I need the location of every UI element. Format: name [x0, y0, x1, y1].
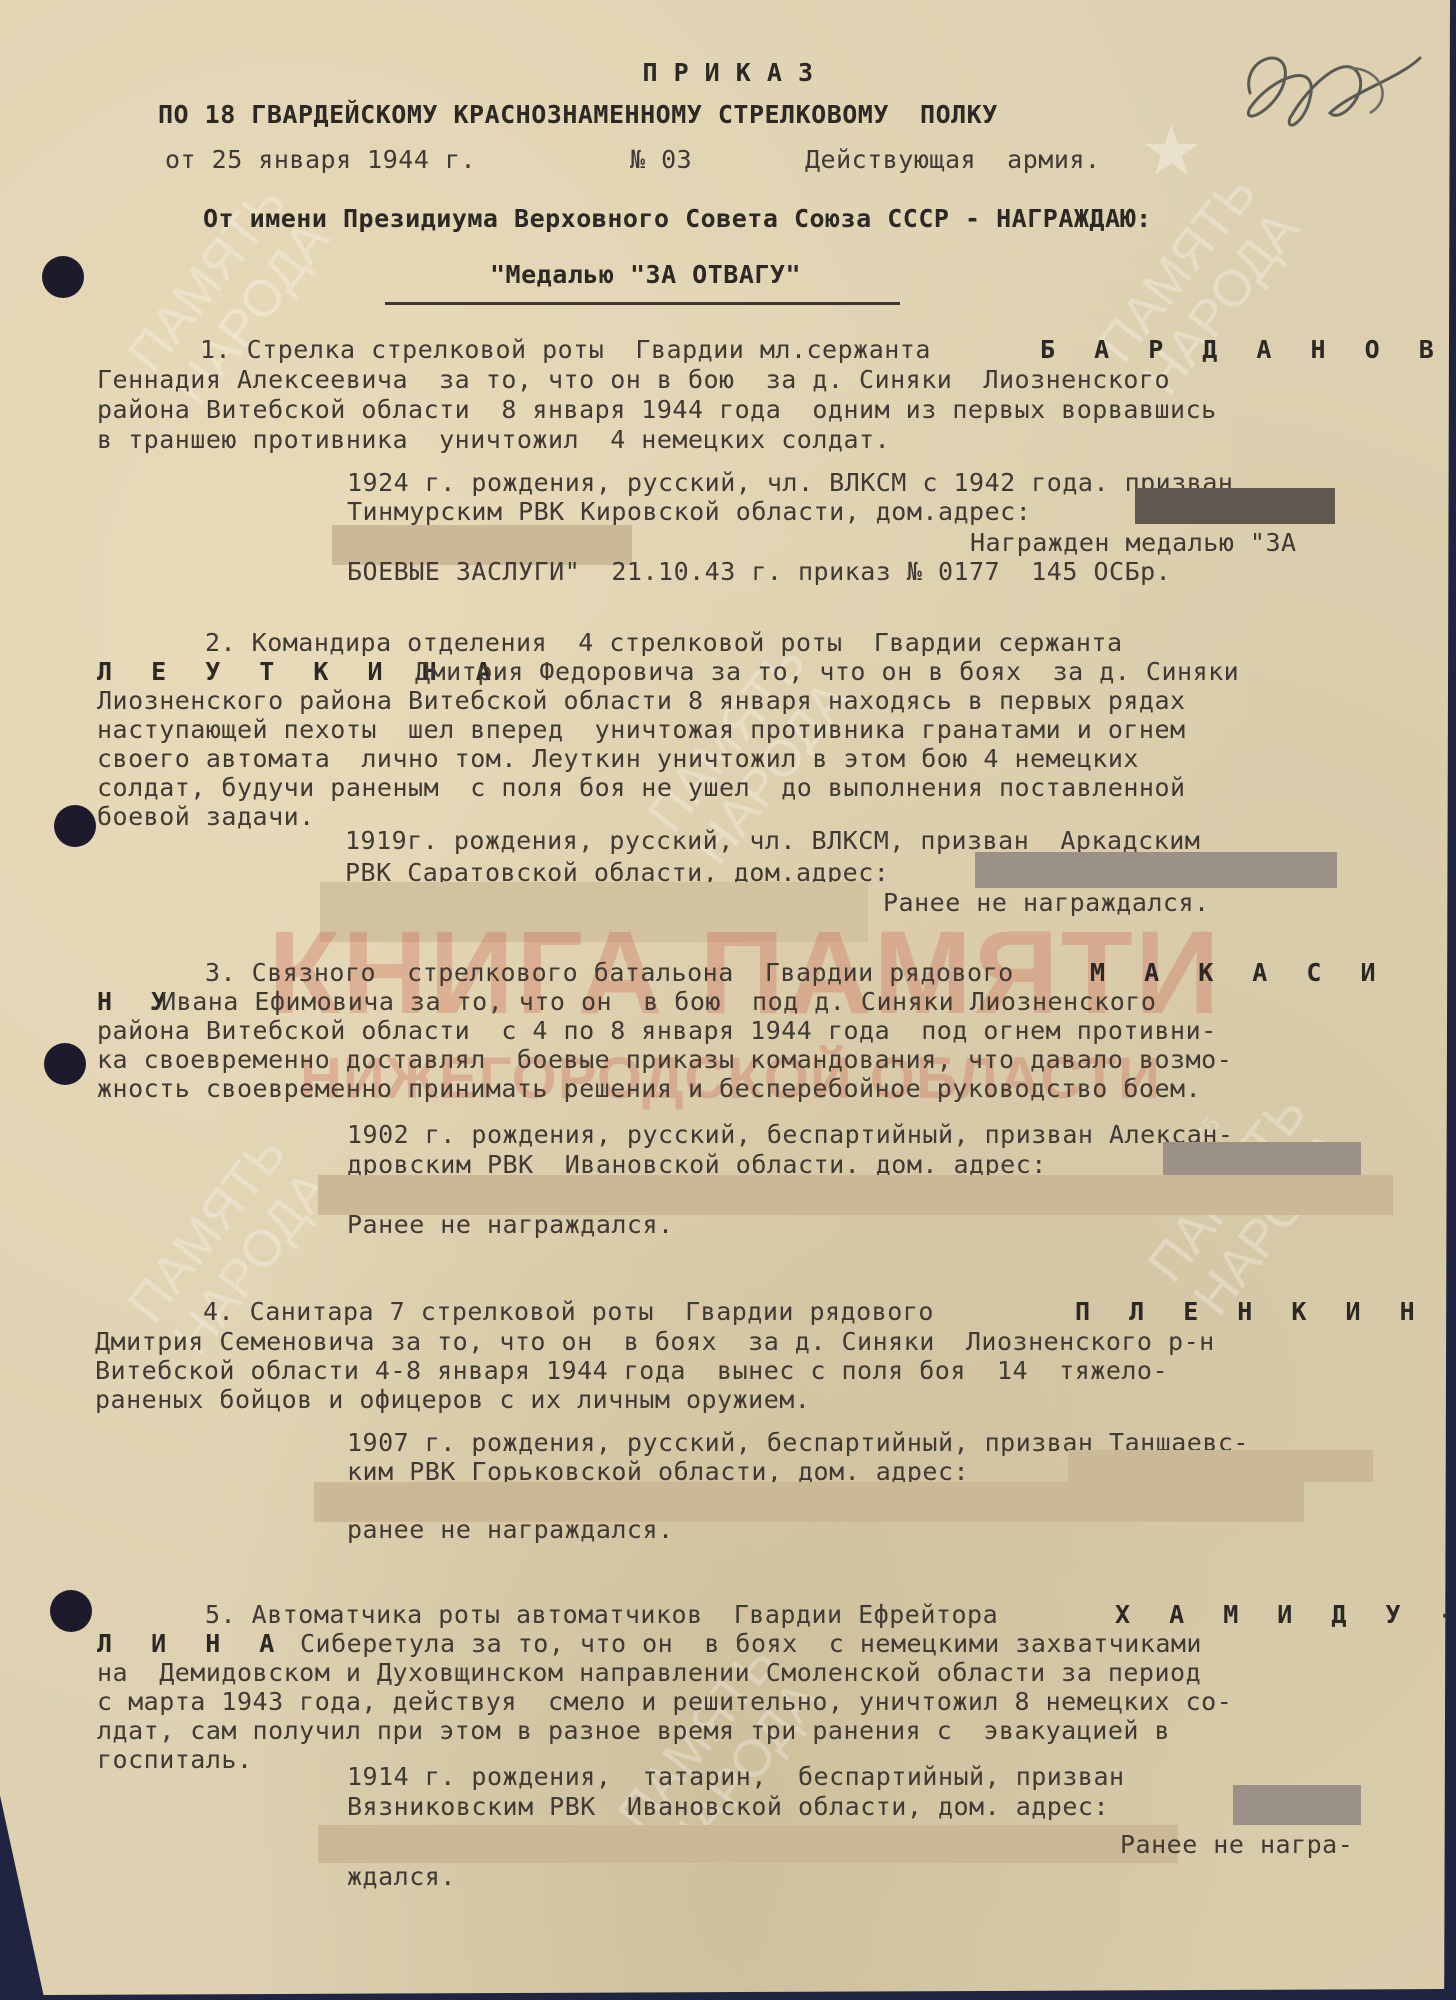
document-page: ПАМЯТЬ НАРОДА ПАМЯТЬ НАРОДА ПАМЯТЬ НАРОД…: [0, 0, 1450, 1995]
recipient-details: ждался.: [347, 1862, 456, 1891]
recipient-surname: Б А Р Д А Н О В А: [1040, 335, 1450, 364]
recipient-details: Тинмурским РВК Кировской области, дом.ад…: [347, 497, 1031, 526]
entry-line: 4. Санитара 7 стрелковой роты Гвардии ря…: [203, 1297, 934, 1326]
redacted-address: [1163, 1142, 1361, 1175]
redacted-address: [1068, 1450, 1373, 1482]
recipient-surname: Х А М И Д У -: [1115, 1600, 1450, 1629]
handwritten-mark: [1230, 38, 1430, 148]
entry-line: на Демидовском и Духовщинском направлени…: [97, 1658, 1201, 1687]
recipient-details: Награжден медалью "ЗА: [970, 528, 1297, 557]
entry-line: своего автомата лично том. Леуткин уничт…: [97, 744, 1139, 773]
entry-line: Дмитрия Федоровича за то, что он в боях …: [415, 657, 1239, 686]
entry-line: Витебской области 4-8 января 1944 года в…: [95, 1356, 1168, 1385]
redacted-address: [1233, 1785, 1361, 1825]
entry-line: .Ивана Ефимовича за то, что он в бою под…: [130, 987, 1156, 1016]
entry-line: с марта 1943 года, действуя смело и реши…: [97, 1687, 1232, 1716]
award-underline: [385, 302, 900, 305]
award-title: "Медалью "ЗА ОТВАГУ": [490, 260, 801, 289]
order-number: № 03: [630, 145, 692, 174]
recipient-details: Ранее не награ-: [1120, 1830, 1353, 1859]
order-date: от 25 января 1944 г.: [165, 145, 476, 174]
recipient-surname: М А К А С И: [1090, 958, 1388, 987]
redacted-address: [318, 1175, 1393, 1215]
punch-hole: [44, 1043, 86, 1085]
recipient-surname-continued: Л И Н А: [97, 1629, 286, 1658]
entry-line: района Витебской области 8 января 1944 г…: [97, 395, 1217, 424]
entry-line: Сиберетула за то, что он в боях с немецк…: [300, 1629, 1202, 1658]
army-label: Действующая армия.: [805, 145, 1100, 174]
recipient-details: Ранее не награждался.: [347, 1210, 674, 1239]
recipient-details: 1902 г. рождения, русский, беспартийный,…: [347, 1120, 1233, 1149]
entry-line: боевой задачи.: [97, 802, 315, 831]
redacted-address: [975, 852, 1337, 888]
preamble: От имени Президиума Верховного Совета Со…: [203, 204, 1152, 233]
entry-line: солдат, будучи раненым с поля боя не уше…: [97, 773, 1186, 802]
entry-line: раненых бойцов и офицеров с их личным ор…: [95, 1385, 810, 1414]
recipient-details: 1914 г. рождения, татарин, беспартийный,…: [347, 1762, 1125, 1791]
entry-line: госпиталь.: [97, 1745, 253, 1774]
redacted-address: [318, 1825, 1178, 1863]
entry-line: 2. Командира отделения 4 стрелковой роты…: [205, 628, 1123, 657]
recipient-details: ранее не награждался.: [347, 1515, 674, 1544]
punch-hole: [54, 805, 96, 847]
entry-line: ка своевременно доставлял боевые приказы…: [97, 1045, 1232, 1074]
redacted-address: [1135, 488, 1335, 524]
document-title: П Р И К А З: [642, 58, 813, 87]
redacted-address: [320, 882, 868, 942]
recipient-details: Вязниковским РВК Ивановской области, дом…: [347, 1792, 1109, 1821]
entry-line: в траншею противника уничтожил 4 немецки…: [97, 425, 890, 454]
recipient-details: БОЕВЫЕ ЗАСЛУГИ" 21.10.43 г. приказ № 017…: [347, 557, 1171, 586]
recipient-surname: П Л Е Н К И Н А: [1075, 1297, 1450, 1326]
entry-line: лдат, сам получил при этом в разное врем…: [97, 1716, 1170, 1745]
entry-line: наступающей пехоты шел вперед уничтожая …: [97, 715, 1186, 744]
punch-hole: [50, 1590, 92, 1632]
entry-line: 3. Связного стрелкового батальона Гварди…: [205, 958, 1014, 987]
entry-line: района Витебской области с 4 по 8 января…: [97, 1016, 1217, 1045]
entry-line: 1. Стрелка стрелковой роты Гвардии мл.се…: [200, 335, 931, 364]
entry-line: Дмитрия Семеновича за то, что он в боях …: [95, 1327, 1215, 1356]
punch-hole: [42, 256, 84, 298]
recipient-details: 1924 г. рождения, русский, чл. ВЛКСМ с 1…: [347, 468, 1233, 497]
entry-line: жность своевременно принимать решения и …: [97, 1074, 1201, 1103]
entry-line: Геннадия Алексеевича за то, что он в бою…: [97, 365, 1170, 394]
star-icon: ★: [1140, 110, 1203, 192]
recipient-details: Ранее не награждался.: [883, 888, 1210, 917]
unit-heading: ПО 18 ГВАРДЕЙСКОМУ КРАСНОЗНАМЕННОМУ СТРЕ…: [158, 100, 998, 129]
entry-line: Лиозненского района Витебской области 8 …: [97, 686, 1186, 715]
recipient-details: 1919г. рождения, русский, чл. ВЛКСМ, при…: [345, 826, 1200, 855]
entry-line: 5. Автоматчика роты автоматчиков Гвардии…: [205, 1600, 998, 1629]
